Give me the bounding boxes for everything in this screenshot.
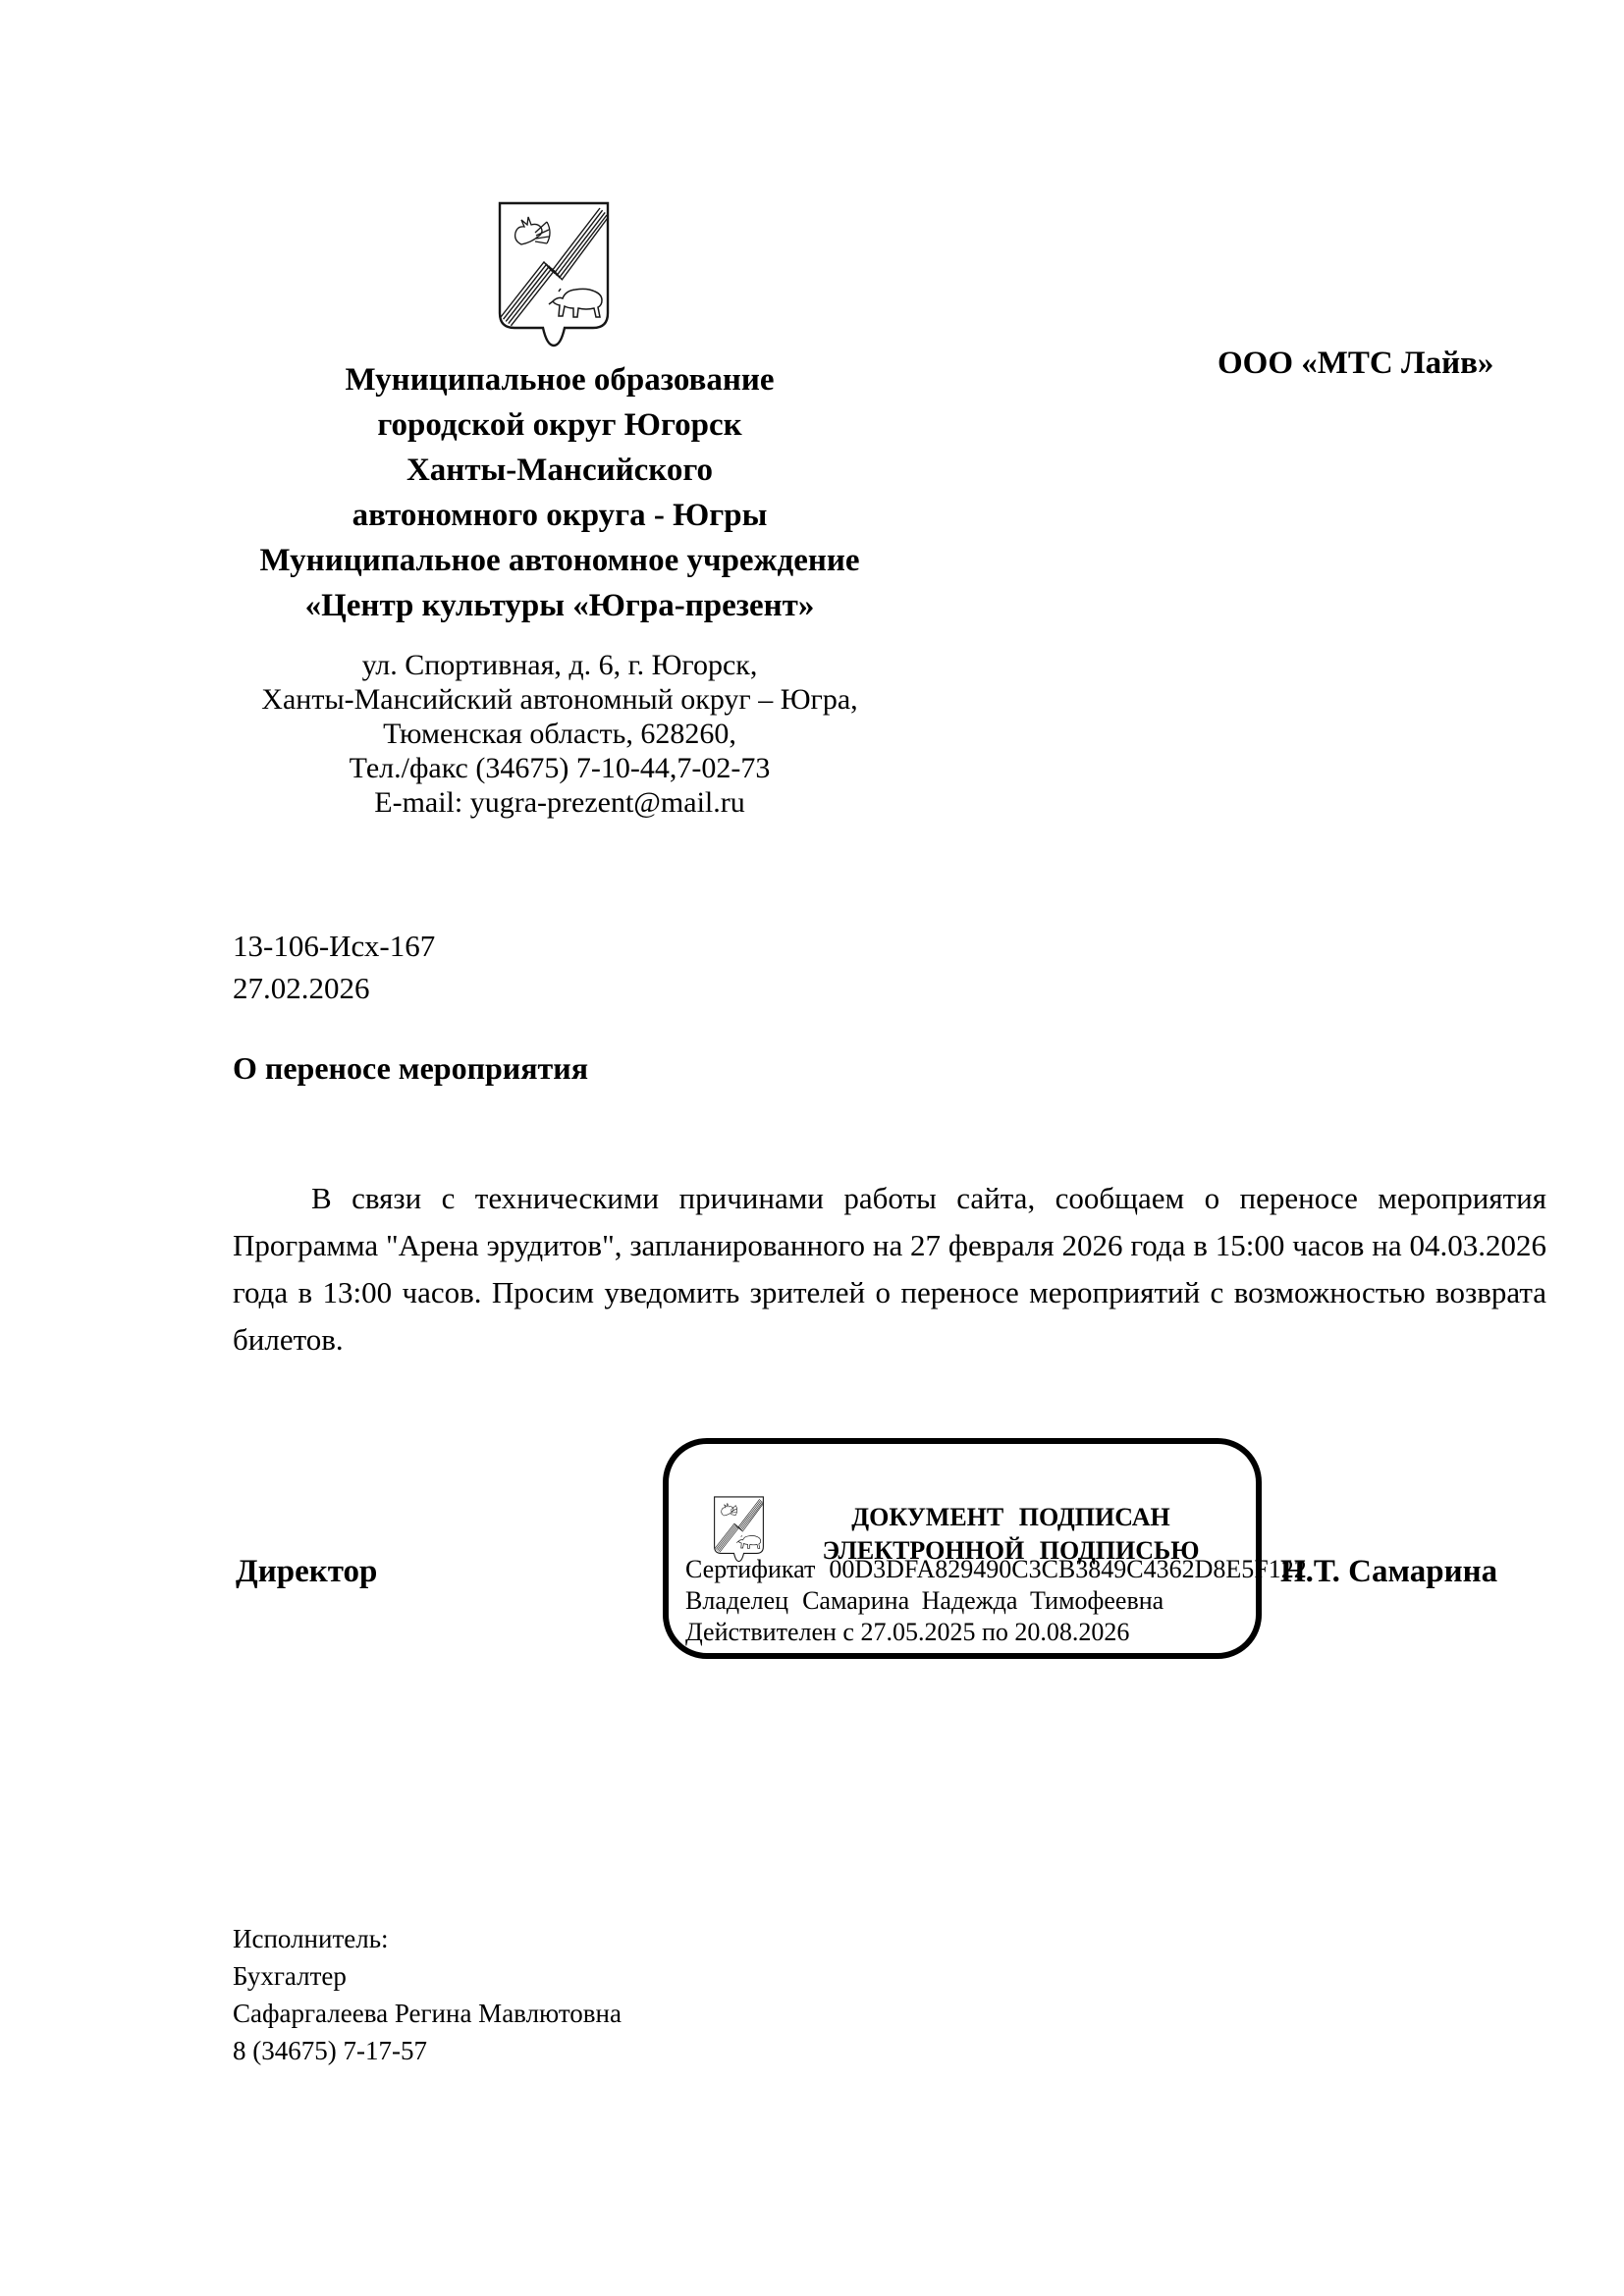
stamp-owner-value: Самарина Надежда Тимофеевна	[802, 1586, 1164, 1615]
letter-page: Муниципальное образование городской окру…	[0, 0, 1624, 2296]
org-name-line: «Центр культуры «Югра-презент»	[193, 583, 926, 628]
executor-phone: 8 (34675) 7-17-57	[233, 2032, 622, 2069]
stamp-certificate-label: Сертификат	[685, 1555, 815, 1583]
outgoing-reference-number: 13-106-Исх-167	[233, 929, 435, 964]
org-name-line: Муниципальное образование	[193, 357, 926, 402]
org-name-line: Муниципальное автономное учреждение	[193, 538, 926, 583]
stamp-title-line: ДОКУМЕНТ ПОДПИСАН	[782, 1501, 1240, 1534]
org-name-line: городской округ Югорск	[193, 402, 926, 448]
electronic-signature-stamp: ДОКУМЕНТ ПОДПИСАН ЭЛЕКТРОННОЙ ПОДПИСЬЮ С…	[663, 1438, 1262, 1659]
address-line: Ханты-Мансийский автономный округ – Югра…	[193, 682, 926, 717]
executor-position: Бухгалтер	[233, 1957, 622, 1995]
stamp-certificate-line: Сертификат00D3DFA829490C3CB3849C4362D8E5…	[685, 1555, 1246, 1584]
organization-address: ул. Спортивная, д. 6, г. Югорск, Ханты-М…	[193, 648, 926, 820]
letter-subject: О переносе мероприятия	[233, 1050, 588, 1087]
address-line: Тел./факс (34675) 7-10-44,7-02-73	[193, 751, 926, 785]
coat-of-arms-icon	[492, 199, 616, 350]
recipient-label: ООО «МТС Лайв»	[1218, 346, 1493, 382]
org-name-line: автономного округа - Югры	[193, 493, 926, 538]
organization-letterhead: Муниципальное образование городской окру…	[193, 357, 926, 628]
stamp-validity-line: Действителен с 27.05.2025 по 20.08.2026	[685, 1618, 1246, 1647]
letter-body-paragraph: В связи с техническими причинами работы …	[233, 1175, 1546, 1363]
executor-name: Сафаргалеева Регина Мавлютовна	[233, 1995, 622, 2032]
address-line: E-mail: yugra-prezent@mail.ru	[193, 785, 926, 820]
stamp-owner-label: Владелец	[685, 1586, 788, 1615]
stamp-coat-of-arms-icon	[711, 1495, 767, 1564]
executor-label: Исполнитель:	[233, 1920, 622, 1957]
signature-position-label: Директор	[236, 1554, 377, 1590]
executor-block: Исполнитель: Бухгалтер Сафаргалеева Реги…	[233, 1920, 622, 2069]
org-name-line: Ханты-Мансийского	[193, 448, 926, 493]
signature-name: Н.Т. Самарина	[1280, 1554, 1497, 1590]
stamp-certificate-value: 00D3DFA829490C3CB3849C4362D8E5F122	[829, 1555, 1306, 1583]
address-line: Тюменская область, 628260,	[193, 717, 926, 751]
address-line: ул. Спортивная, д. 6, г. Югорск,	[193, 648, 926, 682]
stamp-owner-line: ВладелецСамарина Надежда Тимофеевна	[685, 1586, 1246, 1616]
letter-date: 27.02.2026	[233, 971, 370, 1006]
